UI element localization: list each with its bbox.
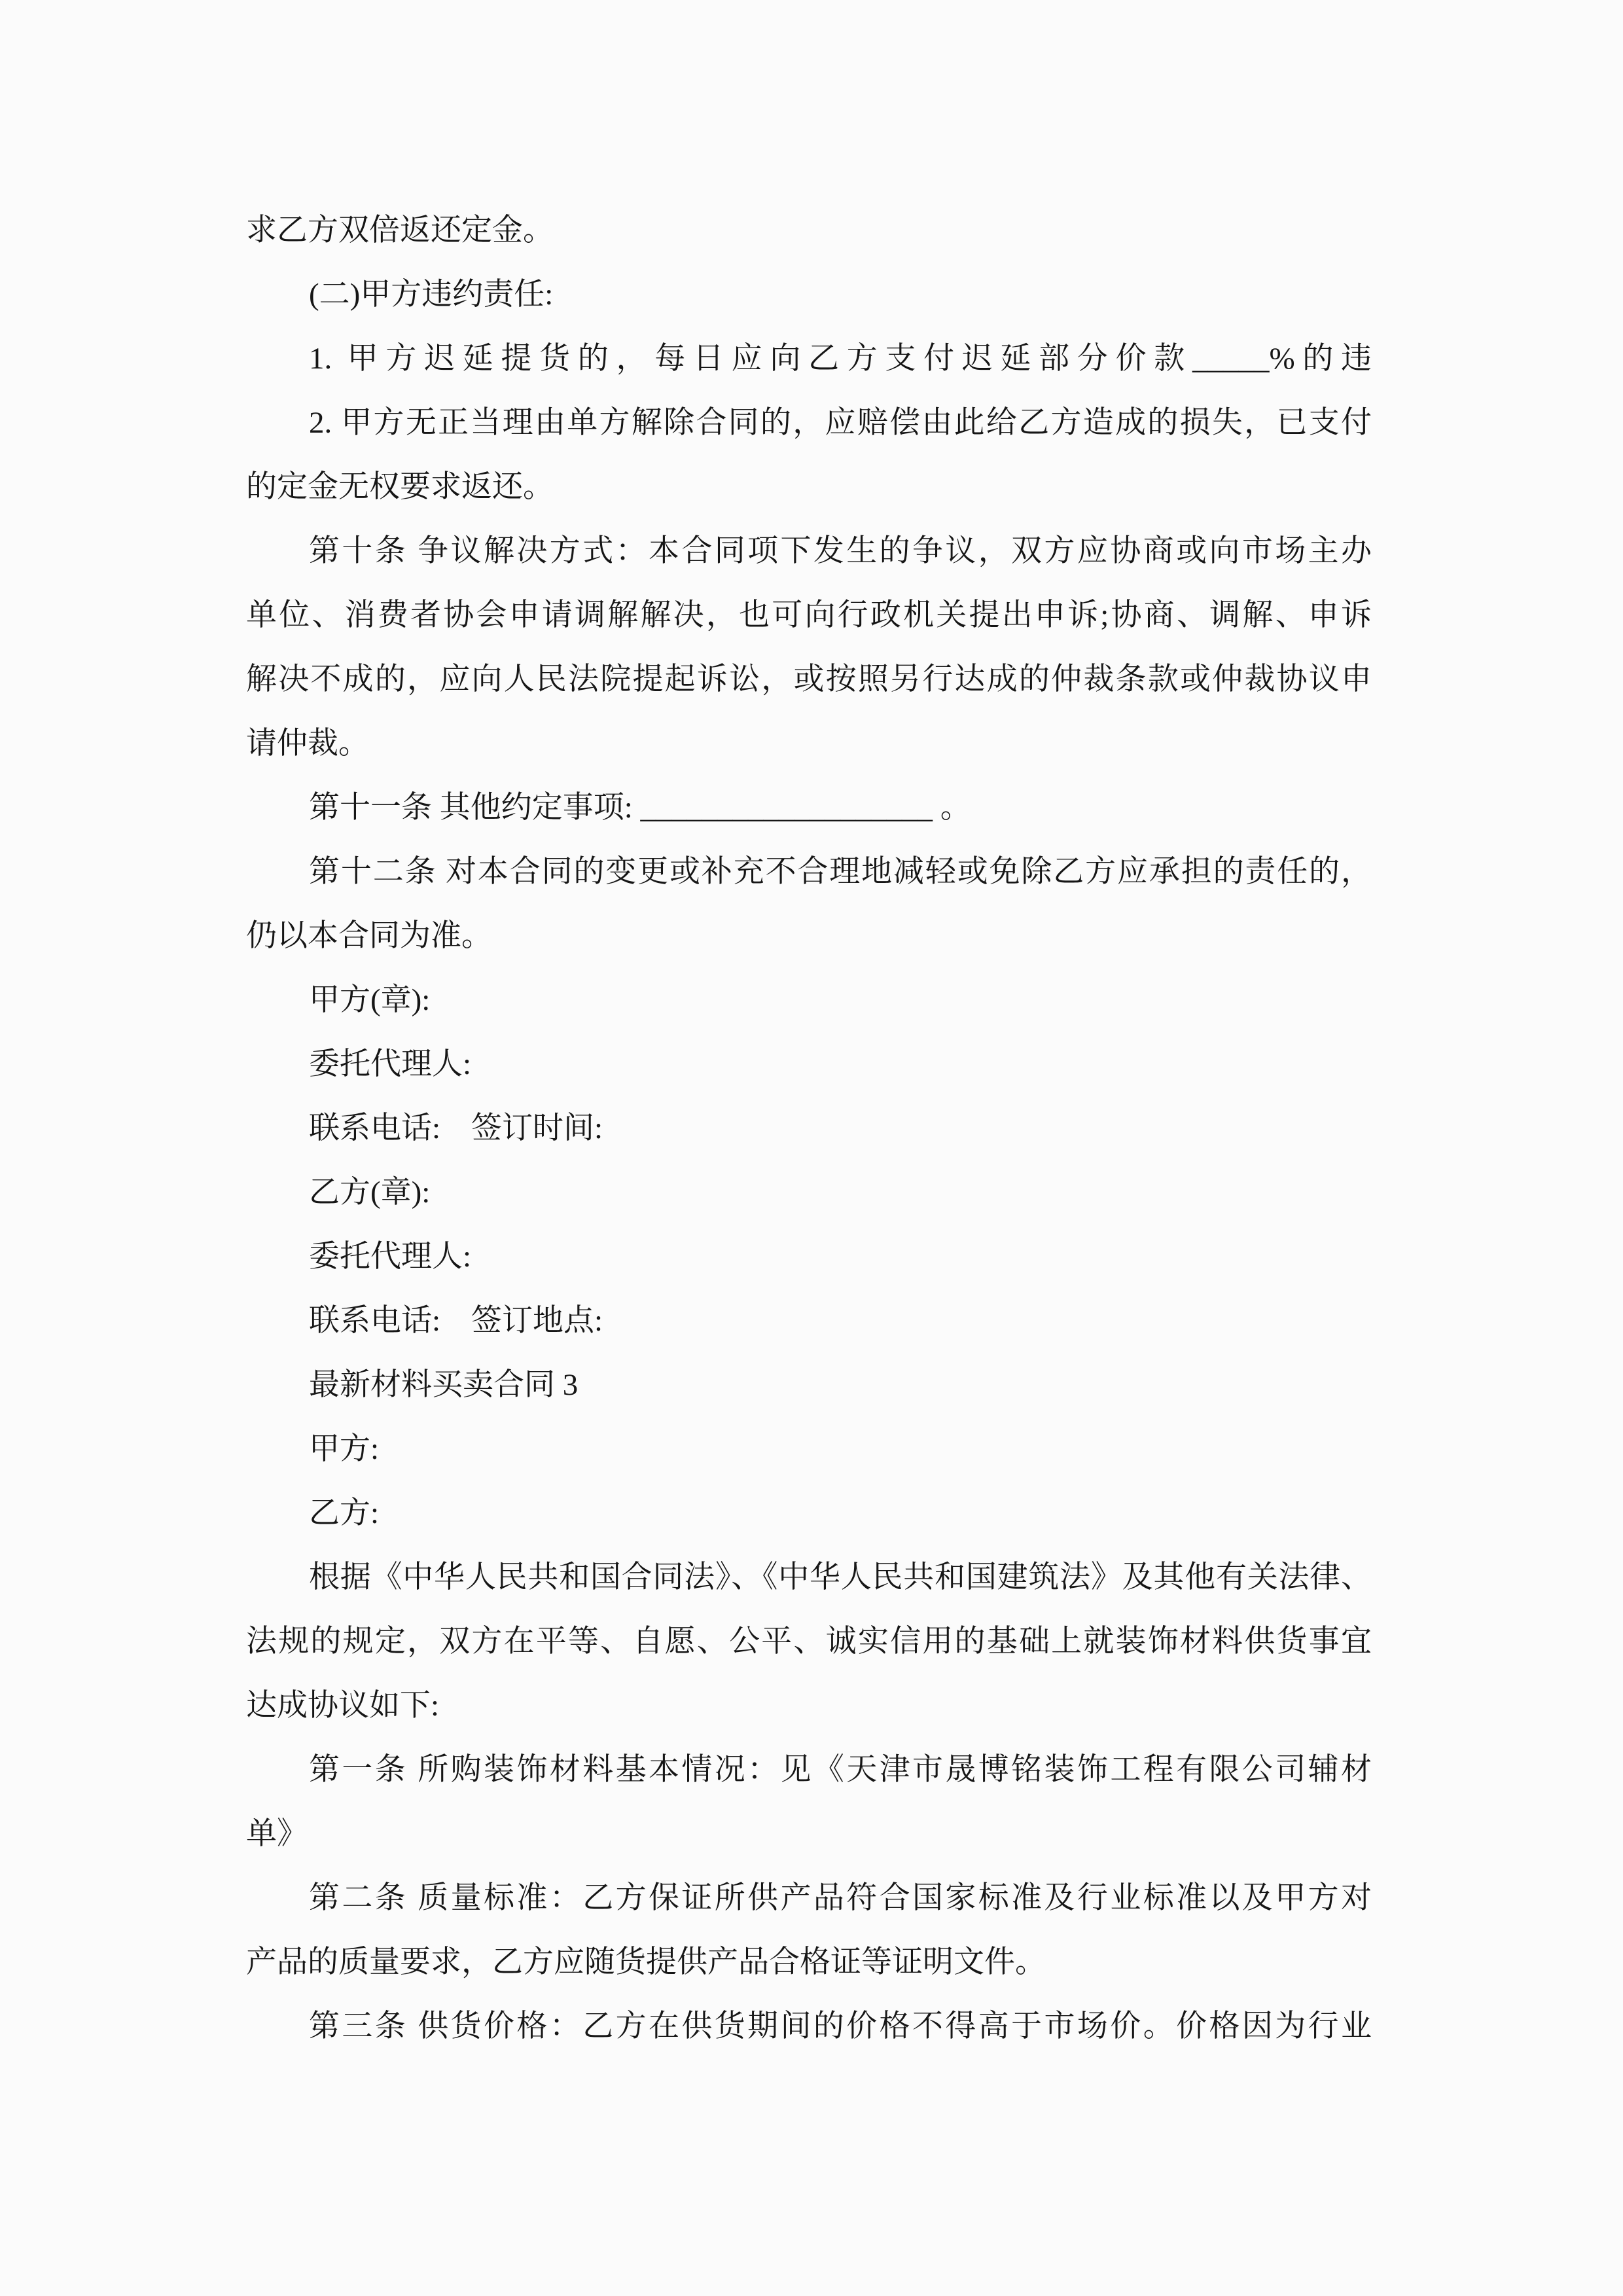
contract-line: 单》 bbox=[246, 1802, 1372, 1866]
contract-line: 委托代理人: bbox=[246, 1225, 1372, 1289]
contract-line: 根据《中华人民共和国合同法》、《中华人民共和国建筑法》及其他有关法律、 bbox=[246, 1545, 1372, 1609]
contract-line: 求乙方双倍返还定金。 bbox=[246, 198, 1372, 262]
contract-line: 联系电话: 签订地点: bbox=[246, 1289, 1372, 1353]
contract-line: 甲方: bbox=[246, 1417, 1372, 1481]
contract-line: 仍以本合同为准。 bbox=[246, 904, 1372, 968]
contract-line: 乙方: bbox=[246, 1481, 1372, 1545]
contract-line: 委托代理人: bbox=[246, 1032, 1372, 1096]
contract-line: 第三条 供货价格：乙方在供货期间的价格不得高于市场价。价格因为行业 bbox=[246, 1994, 1372, 2058]
contract-line: 达成协议如下: bbox=[246, 1674, 1372, 1738]
contract-line: 第一条 所购装饰材料基本情况：见《天津市晟博铭装饰工程有限公司辅材 bbox=[246, 1738, 1372, 1802]
contract-line: 联系电话: 签订时间: bbox=[246, 1096, 1372, 1160]
contract-line: 1. 甲方迟延提货的，每日应向乙方支付迟延部分价款_____%的违 bbox=[246, 327, 1372, 391]
contract-line: 最新材料买卖合同 3 bbox=[246, 1353, 1372, 1417]
contract-line: 请仲裁。 bbox=[246, 711, 1372, 776]
contract-line: 单位、消费者协会申请调解解决，也可向行政机关提出申诉;协商、调解、申诉 bbox=[246, 583, 1372, 647]
contract-line: 甲方(章): bbox=[246, 968, 1372, 1032]
contract-line: 乙方(章): bbox=[246, 1160, 1372, 1225]
contract-line: (二)甲方违约责任: bbox=[246, 262, 1372, 327]
contract-line: 第十条 争议解决方式：本合同项下发生的争议，双方应协商或向市场主办 bbox=[246, 519, 1372, 583]
contract-text-block: 求乙方双倍返还定金。(二)甲方违约责任:1. 甲方迟延提货的，每日应向乙方支付迟… bbox=[246, 198, 1372, 2058]
contract-line: 产品的质量要求，乙方应随货提供产品合格证等证明文件。 bbox=[246, 1930, 1372, 1994]
contract-line: 第十二条 对本合同的变更或补充不合理地减轻或免除乙方应承担的责任的， bbox=[246, 840, 1372, 904]
contract-line: 第十一条 其他约定事项: ___________________ 。 bbox=[246, 776, 1372, 840]
contract-line: 的定金无权要求返还。 bbox=[246, 455, 1372, 519]
contract-page: 求乙方双倍返还定金。(二)甲方违约责任:1. 甲方迟延提货的，每日应向乙方支付迟… bbox=[0, 0, 1623, 2296]
contract-line: 解决不成的，应向人民法院提起诉讼，或按照另行达成的仲裁条款或仲裁协议申 bbox=[246, 647, 1372, 711]
contract-line: 第二条 质量标准：乙方保证所供产品符合国家标准及行业标准以及甲方对 bbox=[246, 1866, 1372, 1930]
contract-line: 2. 甲方无正当理由单方解除合同的，应赔偿由此给乙方造成的损失，已支付 bbox=[246, 391, 1372, 455]
contract-line: 法规的规定，双方在平等、自愿、公平、诚实信用的基础上就装饰材料供货事宜 bbox=[246, 1609, 1372, 1674]
